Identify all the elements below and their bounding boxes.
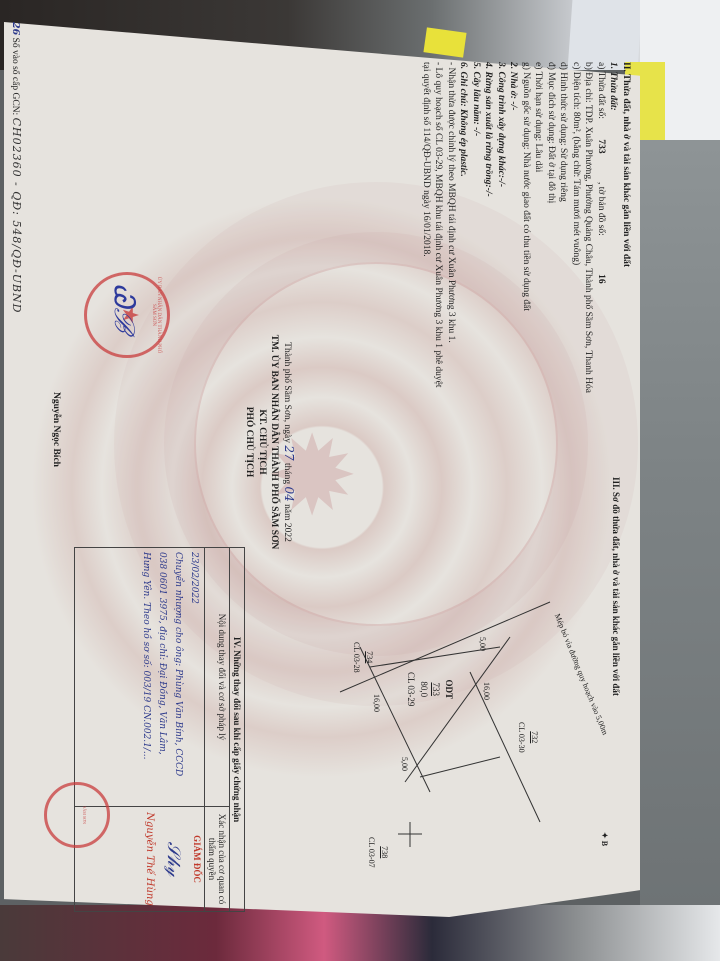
- section-ii-title: II. Thửa đất, nhà ở và tài sản khác gắn …: [620, 62, 633, 393]
- month-label: tháng: [282, 463, 292, 484]
- stamp-title: GIÁM ĐỐC: [192, 811, 202, 907]
- registry-value: CH02360 - QĐ: 548/QĐ-UBND: [10, 118, 23, 314]
- officer-name: Nguyễn Thế Hùng: [144, 811, 155, 907]
- signer-name: Nguyễn Ngọc Bích: [50, 392, 63, 467]
- certificate-content: 26 Số vào sổ cấp GCN: CH02360 - QĐ: 548/…: [4, 22, 640, 917]
- place-date-label: Thành phố Sầm Sơn, ngày: [282, 342, 292, 443]
- neighbor-lot: CL 03-07: [365, 837, 378, 868]
- usage-term-line: e) Thời hạn sử dụng: Lâu dài: [532, 62, 545, 393]
- parcel-use: ODT: [443, 672, 456, 706]
- neighbor-no: 734: [363, 642, 376, 673]
- section-ii-sub1: 1. Thửa đất:: [607, 62, 620, 393]
- entry-line-2: 038 0601 3975, địa chỉ: Đại Đồng, Văn Lâ…: [154, 552, 170, 802]
- parcel-number: 733: [596, 139, 606, 153]
- dim-back: 5,00: [398, 757, 411, 771]
- changes-table: IV. Những thay đổi sau khi cấp giấy chứn…: [74, 547, 245, 912]
- officer-signature: 𝒮𝒽𝓎: [163, 811, 184, 907]
- section-iii-title: III. Sơ đồ thửa đất, nhà ở và tài sản kh…: [610, 477, 623, 696]
- parcel-label: a) Thửa đất số:: [596, 62, 606, 119]
- dim-front: 5,00: [476, 637, 489, 651]
- dim-left: 16,00: [370, 694, 383, 712]
- house-line: 2. Nhà ở: -/-: [507, 62, 520, 393]
- usage-purpose-line: đ) Mục đích sử dụng: Đất ở tại đô thị: [545, 62, 558, 393]
- north-arrow-icon: ✦ B: [598, 832, 611, 846]
- entry-line-3: Hưng Yên. Theo hồ sơ số: 003/19 CN.002.1…: [138, 552, 154, 802]
- section-ii: II. Thửa đất, nhà ở và tài sản khác gắn …: [420, 62, 633, 393]
- section-iv-title: IV. Những thay đổi sau khi cấp giấy chứn…: [230, 548, 245, 912]
- registry-label: Số vào sổ cấp GCN:: [10, 38, 20, 116]
- issuing-org: TM. ỦY BAN NHÂN DÂN THÀNH PHỐ SẦM SƠN: [268, 272, 281, 612]
- forest-line: 4. Rừng sản xuất là rừng trồng:-/-: [482, 62, 495, 393]
- changes-col-confirm: Xác nhận của cơ quan có thẩm quyền: [205, 807, 230, 912]
- parcel-lot: CL 03-29: [405, 672, 418, 706]
- parcel-area: 80,0: [418, 672, 431, 706]
- entry-line-1: Chuyển nhượng cho ông: Phùng Văn Bính, C…: [170, 552, 186, 802]
- neighbor-lot: CL 03-30: [515, 722, 528, 753]
- address-line: b) Địa chỉ: TDP. Xuân Phương, Phường Quả…: [582, 62, 595, 393]
- year-label: năm 2022: [282, 504, 292, 542]
- map-label: , tờ bản đồ số:: [596, 182, 606, 236]
- origin-line: g) Nguồn gốc sử dụng: Nhà nước giao đất …: [520, 62, 533, 393]
- north-label: B: [600, 841, 609, 846]
- perennial-line: 5. Cây lâu năm: -/-: [470, 62, 483, 393]
- usage-form-line: d) Hình thức sử dụng: Sử dụng riêng: [557, 62, 570, 393]
- dim-right: 16,00: [480, 682, 493, 700]
- office-seal-icon: SẦM SƠN: [44, 782, 110, 848]
- neighbor-732: 732 CL 03-30: [515, 722, 540, 753]
- changes-col-content: Nội dung thay đổi và cơ sở pháp lý: [205, 548, 230, 807]
- note-line-2: - Lô quy hoạch số CL 03-29, MBQH khu tái…: [432, 62, 445, 393]
- signature-scribble: Ꮚℬ: [118, 284, 131, 333]
- entry-date: 23/02/2022: [186, 552, 202, 802]
- kt-title: KT. CHỦ TỊCH: [256, 272, 269, 612]
- background-desk-right: [640, 140, 720, 961]
- neighbor-no: 732: [528, 722, 541, 753]
- note-line-1: - Nhận thửa được chỉnh lý theo MBQH tái …: [445, 62, 458, 393]
- note-title: 6. Ghi chú: Không ép plastic.: [457, 62, 470, 393]
- neighbor-734: 734 CL 03-28: [350, 642, 375, 673]
- changes-entry: 23/02/2022 Chuyển nhượng cho ông: Phùng …: [75, 548, 205, 807]
- parcel-label-block: ODT 733 80,0 CL 03-29: [405, 672, 455, 706]
- neighbor-738: 738 CL 03-07: [365, 837, 390, 868]
- neighbor-no: 738: [378, 837, 391, 868]
- parcel-line: a) Thửa đất số: 733 , tờ bản đồ số: 16: [595, 62, 608, 393]
- seal-text: ỦY BAN NHÂN DÂN THÀNH PHỐ SẦM SƠN: [151, 275, 167, 355]
- parcel-map: [280, 542, 580, 882]
- registry-mark: 26: [10, 22, 21, 35]
- note-line-3: tại quyết định số 114/QĐ-UBND ngày 16/01…: [420, 62, 433, 393]
- registry-line: 26 Số vào sổ cấp GCN: CH02360 - QĐ: 548/…: [9, 22, 23, 314]
- neighbor-lot: CL 03-28: [350, 642, 363, 673]
- sign-day: 27: [282, 445, 296, 460]
- parcel-no: 733: [430, 672, 443, 706]
- area-line: c) Diện tích: 80m², (bằng chữ: Tám mươi …: [570, 62, 583, 393]
- sign-month: 04: [282, 486, 296, 501]
- construction-line: 3. Công trình xây dựng khác:-/-: [495, 62, 508, 393]
- map-number: 16: [596, 274, 606, 284]
